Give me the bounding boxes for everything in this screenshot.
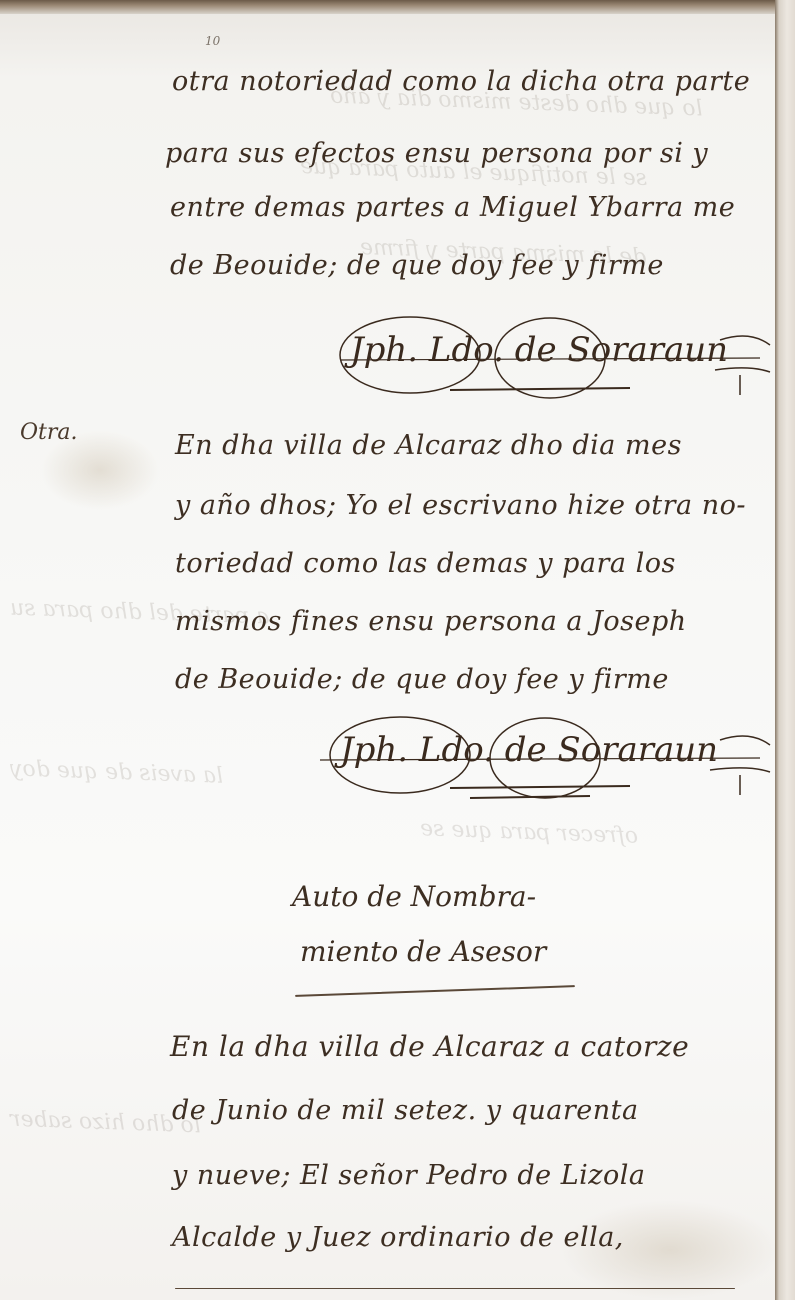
text-line: de Junio de mil setez. y quarenta xyxy=(172,1095,639,1126)
text-line: mismos fines ensu persona a Joseph xyxy=(175,606,687,637)
folio-number: 10 xyxy=(205,34,220,48)
section-heading: miento de Asesor xyxy=(300,935,546,968)
notary-signature: Jph. Ldo. de Soraraun xyxy=(350,330,728,370)
signature-flourish-icon xyxy=(320,300,775,410)
text-line: otra notoriedad como la dicha otra parte xyxy=(172,66,750,97)
notary-signature: Jph. Ldo. de Soraraun xyxy=(340,730,718,770)
text-line: En dha villa de Alcaraz dho dia mes xyxy=(175,430,682,461)
book-gutter xyxy=(775,0,795,1300)
signature-flourish-icon xyxy=(310,700,775,810)
text-line: y año dhos; Yo el escrivano hize otra no… xyxy=(175,490,746,521)
text-line: toriedad como las demas y para los xyxy=(175,548,676,579)
text-line: para sus efectos ensu persona por si y xyxy=(165,138,708,169)
text-line: Alcalde y Juez ordinario de ella, xyxy=(172,1222,624,1253)
text-line: y nueve; El señor Pedro de Lizola xyxy=(172,1160,645,1191)
line-filler xyxy=(175,1288,735,1289)
text-line: de Beouide; de que doy fee y firme xyxy=(175,664,669,695)
bleed-through-text: ofrecer para que se xyxy=(420,816,639,849)
text-line: entre demas partes a Miguel Ybarra me xyxy=(170,192,735,223)
text-line: de Beouide; de que doy fee y firme xyxy=(170,250,664,281)
manuscript-page: lo que dho deste mismo dia y año se le n… xyxy=(0,0,775,1300)
heading-underline xyxy=(295,985,575,997)
page-top-edge xyxy=(0,0,775,14)
margin-note: Otra. xyxy=(20,420,78,445)
section-heading: Auto de Nombra- xyxy=(292,880,536,913)
bleed-through-text: la aveis de que doy xyxy=(10,756,224,788)
text-line: En la dha villa de Alcaraz a catorze xyxy=(170,1030,689,1063)
